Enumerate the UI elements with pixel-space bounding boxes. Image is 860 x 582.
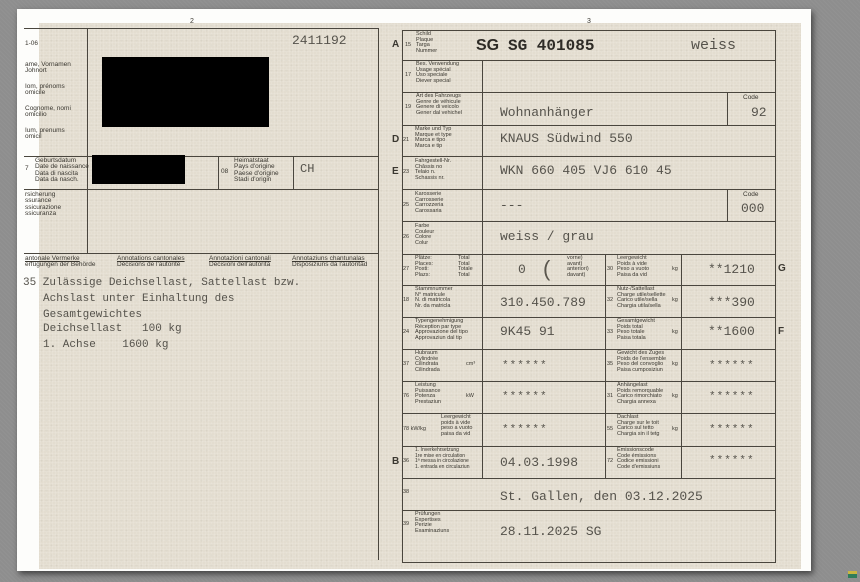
master-number-label: StammnummerN° matriculeN. di matricolaNr… — [415, 287, 453, 309]
power-value: ****** — [502, 391, 548, 403]
power-label: LeistungPuissancePotenzaPrestaziun — [415, 383, 441, 405]
make-model-value: KNAUS Südwind 550 — [500, 131, 633, 146]
origin-value: CH — [300, 162, 314, 176]
annotations-header-it: Annotazioni cantonaliDecisioni dell'auto… — [209, 256, 271, 269]
vehicle-type-value: Wohnanhänger — [500, 105, 594, 120]
train-weight-value: ****** — [709, 360, 755, 372]
issue-place-date-value: St. Gallen, den 03.12.2025 — [500, 489, 703, 504]
marker-d: D — [392, 134, 399, 145]
vehicle-type-code: 92 — [751, 105, 767, 120]
total-weight-field-no: 33 — [607, 330, 613, 336]
special-use-field-no: 17 — [405, 73, 411, 79]
redacted-birthdate — [92, 155, 185, 184]
issue-place-date-field-no: 38 — [403, 490, 409, 496]
page-number-left: 2 — [190, 18, 194, 25]
marker-a: A — [392, 39, 399, 50]
payload-field-no: 32 — [607, 298, 613, 304]
chassis-label: Fahrgestell-Nr.Châssis noTelaio n.Schass… — [415, 159, 451, 181]
status-indicator-icon — [848, 571, 857, 578]
seats-field-no: 27 — [403, 267, 409, 273]
emission-code-value: ****** — [709, 455, 755, 467]
document-content: 2 3 1-06 2411192 ame, VornamenJohnort Io… — [0, 0, 860, 582]
holder-label-de: ame, VornamenJohnort — [25, 62, 71, 75]
roof-load-unit: kg — [672, 427, 678, 433]
annotations-header-de: antonale Vermerkeerfügungen der Behörde — [25, 256, 95, 269]
plate-canton: SG — [476, 37, 499, 55]
payload-value: ***390 — [708, 295, 755, 310]
chassis-field-no: 23 — [403, 170, 409, 176]
page-number-right: 3 — [587, 18, 591, 25]
inspections-label: PrüfungenExpertisesPerizieExaminaziuns — [415, 512, 449, 534]
redacted-holder-name — [102, 57, 269, 127]
train-weight-field-no: 35 — [607, 362, 613, 368]
insurance-label: rsicherungssurancessicurazionessicuranza — [25, 192, 61, 217]
body-code-label: Code — [743, 192, 759, 198]
trailer-load-field-no: 31 — [607, 394, 613, 400]
first-registration-value: 04.03.1998 — [500, 455, 578, 470]
seats-brace: ( — [543, 256, 550, 282]
displacement-field-no: 37 — [403, 362, 409, 368]
trailer-load-unit: kg — [672, 394, 678, 400]
body-code: 000 — [741, 201, 764, 216]
power-field-no: 76 — [403, 394, 409, 400]
payload-unit: kg — [672, 298, 678, 304]
roof-load-label: DachlastCharge sur le toitCarico sul tet… — [617, 415, 660, 437]
marker-e: E — [392, 166, 399, 177]
annotations-header-fr: Annotations cantonalesDécisions de l'aut… — [117, 256, 185, 269]
power-ratio-value: ****** — [502, 424, 548, 436]
displacement-value: ****** — [502, 360, 548, 372]
annotation-line-3: Gesamtgewichtes — [43, 309, 142, 321]
power-ratio-field-no: 78 kW/kg — [403, 427, 426, 433]
power-unit: kW — [466, 394, 474, 400]
marker-g: G — [778, 263, 786, 274]
displacement-label: HubraumCylindréeCilindrataCilindrada — [415, 351, 440, 373]
type-approval-label: TypengenehmigungRéception par typeApprov… — [415, 319, 468, 341]
emission-code-label: EmissionscodeCode émissionsCodice emissi… — [617, 448, 660, 470]
birthdate-label: GeburtsdatumDate de naissanceData di nas… — [35, 158, 89, 183]
seats-front-label: vorne)avant)anteriori)davant) — [567, 256, 589, 278]
holder-label-fr: Iom, prénomsomicile — [25, 84, 65, 97]
seats-value: 0 — [518, 262, 526, 277]
roof-load-value: ****** — [709, 424, 755, 436]
displacement-unit: cm³ — [466, 362, 475, 368]
vehicle-type-code-label: Code — [743, 95, 759, 101]
train-weight-label: Gewicht des ZugesPoids de l'ensemblePeso… — [617, 351, 666, 373]
plate-color: weiss — [691, 37, 736, 54]
marker-b: B — [392, 456, 399, 467]
color-label: FarbeCouleurColoreColur — [415, 224, 434, 246]
color-value: weiss / grau — [500, 229, 594, 244]
body-field-no: 25 — [403, 203, 409, 209]
empty-weight-field-no: 30 — [607, 267, 613, 273]
make-model-field-no: 21 — [403, 138, 409, 144]
total-weight-label: GesamtgewichtPoids totalPeso totalePaisa… — [617, 319, 655, 341]
marker-f: F — [778, 326, 784, 337]
annotations-header-rm: Annotaziuns chantunalasDisposiziuns da l… — [292, 256, 367, 269]
chassis-value: WKN 660 405 VJ6 610 45 — [500, 163, 672, 178]
annotation-line-2: Achslast unter Einhaltung des — [43, 293, 234, 305]
seats-label: Plätze:Places:Posti:Plazs: — [415, 256, 433, 278]
annotation-line-5: 1. Achse 1600 kg — [43, 339, 168, 351]
empty-weight-unit: kg — [672, 267, 678, 273]
vehicle-type-field-no: 19 — [405, 105, 411, 111]
type-approval-value: 9K45 91 — [500, 324, 555, 339]
empty-weight-value: **1210 — [708, 262, 755, 277]
emission-code-field-no: 72 — [607, 459, 613, 465]
annotation-line-4: Deichsellast 100 kg — [43, 323, 182, 335]
master-number-value: 310.450.789 — [500, 295, 586, 310]
empty-weight-label: LeergewichtPoids à videPeso a vuotoPaisa… — [617, 256, 649, 278]
power-ratio-label: Leergewichtpoids à videpeso a vuotopaisa… — [441, 415, 473, 437]
total-weight-value: **1600 — [708, 324, 755, 339]
top-ref: 1-06 — [25, 41, 38, 47]
make-model-label: Marke und TypMarque et typeMarca e tipoM… — [415, 127, 452, 149]
holder-label-rm: Ium, prenumsomicil — [25, 128, 65, 141]
vehicle-type-label: Art des FahrzeugsGenre de véhiculeGenere… — [416, 94, 462, 116]
inspections-value: 28.11.2025 SG — [500, 524, 601, 539]
color-field-no: 26 — [403, 235, 409, 241]
registration-number: 2411192 — [292, 33, 347, 48]
special-use-label: Bes. VerwendungUsage spécialUso speciale… — [416, 62, 459, 84]
seats-total-label: TotalTotalTotaleTotal — [458, 256, 473, 278]
payload-label: Nutz-/SattellastCharge utile/selletteCar… — [617, 287, 666, 309]
origin-field-no: 08 — [221, 169, 228, 175]
first-registration-field-no: 36 — [403, 459, 409, 465]
type-approval-field-no: 24 — [403, 330, 409, 336]
plate-field-no: 15 — [405, 43, 411, 49]
master-number-field-no: 18 — [403, 298, 409, 304]
body-value: --- — [500, 198, 523, 213]
trailer-load-value: ****** — [709, 391, 755, 403]
plate-label: SchildPlaqueTargaNummer — [416, 32, 437, 54]
first-registration-label: 1. Inverkehrsetzung1re mise en circulati… — [415, 448, 469, 470]
total-weight-unit: kg — [672, 330, 678, 336]
roof-load-field-no: 55 — [607, 427, 613, 433]
holder-label-it: Cognome, nomiomicilio — [25, 106, 71, 119]
plate-number: SG 401085 — [508, 37, 594, 55]
origin-label: HeimatstaatPays d'originePaese d'origine… — [234, 158, 279, 183]
inspections-field-no: 39 — [403, 522, 409, 528]
birthdate-field-no: 7 — [25, 166, 29, 172]
annotation-line-1: 35 Zulässige Deichsellast, Sattellast bz… — [23, 277, 300, 289]
body-label: KarosserieCarrosserieCarrozzeriaCarossar… — [415, 192, 443, 214]
train-weight-unit: kg — [672, 362, 678, 368]
trailer-load-label: AnhängelastPoids remorquableCarico rimor… — [617, 383, 663, 405]
